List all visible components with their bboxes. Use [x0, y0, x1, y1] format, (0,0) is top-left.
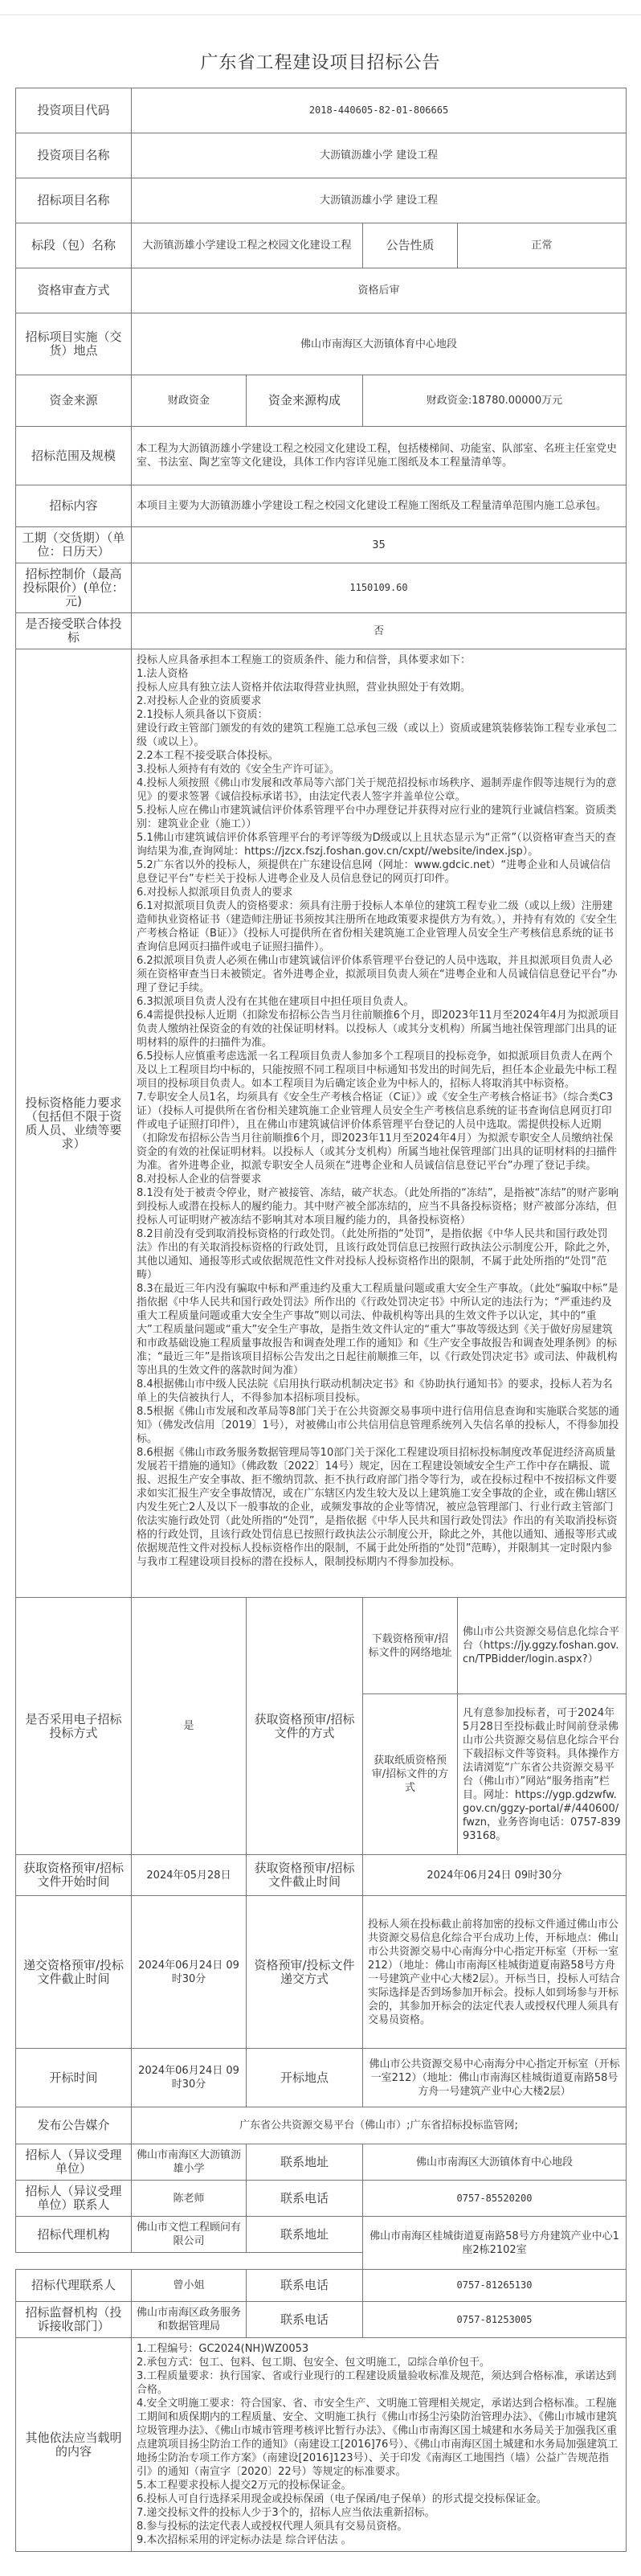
page-title: 广东省工程建设项目招标公告	[0, 49, 641, 74]
label: 资金来源构成	[247, 375, 363, 427]
spacer	[16, 2253, 363, 2270]
row-tender-project-name: 招标项目名称 大沥镇沥雄小学 建设工程	[16, 178, 627, 223]
label: 投资项目名称	[16, 133, 132, 178]
paragraph: 8.6根据《佛山市政务服务数据管理局等10部门关于深化工程建设项目招标投标制度改…	[137, 1446, 621, 1569]
paragraph: 投标人应具备承担本工程施工的资质条件、能力和信誉，具体要求如下：	[137, 653, 621, 667]
paragraph: 8.对投标人企业的信誉要求	[137, 1173, 621, 1186]
price-cap-value: 1150109.60	[132, 563, 627, 613]
row-price-cap: 招标控制价（最高投标限价）(单位：元) 1150109.60	[16, 563, 627, 613]
consortium-value: 否	[132, 613, 627, 649]
row-other: 其他依法应当载明的内容 1.工程编号：GC2024(NH)WZ0053 2.承包…	[16, 2338, 627, 2552]
media-value: 广东省公共资源交易平台（佛山市）;广东省招标投标监管网;	[132, 2107, 627, 2144]
paragraph: 5.2广东省以外的投标人，须提供在广东建设信息网（网址：www.gdcic.ne…	[137, 858, 621, 886]
paragraph: 5.1佛山市建筑诚信评价体系管理平台的考评等级为D级或以上且状态显示为“正常”（…	[137, 831, 621, 858]
label: 资金来源	[16, 375, 132, 427]
agency-address-value: 佛山市南海区桂城街道夏南路58号方舟建筑产业中心1座2栋2102室	[363, 2217, 627, 2270]
label: 资格预审/投标文件递交方式	[247, 1896, 363, 2049]
paragraph: 7.专职安全人员1名，均须具有《安全生产考核合格证（C证）》或《安全生产考核合格…	[137, 1091, 621, 1173]
funding-value: 财政资金	[132, 375, 247, 427]
paragraph: 3.工程质量要求：执行国家、省或行业现行的工程建设质量验收标准及规范，须达到合格…	[137, 2369, 621, 2397]
row-media: 发布公告媒介 广东省公共资源交易平台（佛山市）;广东省招标投标监管网;	[16, 2107, 627, 2144]
label: 招标监督机构（投诉接收部门）	[16, 2302, 132, 2338]
paragraph: 2.1投标人须具备以下资质：	[137, 708, 621, 722]
label: 是否接受联合体投标	[16, 613, 132, 649]
label: 公告性质	[363, 223, 458, 268]
agency-value: 佛山市文恺工程顾问有限公司	[132, 2217, 247, 2253]
label: 开标时间	[16, 2049, 132, 2107]
doc-start-value: 2024年05月28日	[132, 1855, 247, 1896]
label: 获取纸质资格预审/招标文件的方式	[363, 1694, 458, 1855]
label: 招标项目实施（交货）地点	[16, 313, 132, 375]
label: 下载资格预审/招标文件的网络地址	[363, 1598, 458, 1694]
opening-time-value: 2024年06月24日 09时30分	[132, 2049, 247, 2107]
content-value: 本项目主要为大沥镇沥雄小学建设工程之校园文化建设工程施工图纸及工程量清单范围内施…	[132, 485, 627, 527]
agency-phone-value: 0757-81265130	[363, 2270, 627, 2302]
row-location: 招标项目实施（交货）地点 佛山市南海区大沥镇体育中心地段	[16, 313, 627, 375]
paragraph: 4.投标人须按照《佛山市发展和改革局等六部门关于规范招投标市场秩序、遏制弄虚作假…	[137, 776, 621, 804]
paragraph: 4.安全文明施工要求：符合国家、省、市安全生产、文明施工管理相关规定，承诺达到合…	[137, 2397, 621, 2479]
paragraph: 3.投标人须持有有效的《安全生产许可证》。	[137, 763, 621, 776]
paragraph: 1.工程编号：GC2024(NH)WZ0053	[137, 2342, 621, 2356]
paragraph: 2.2本工程不接受联合体投标。	[137, 749, 621, 763]
paragraph: 6.5投标人应慎重考虑选派一名工程项目负责人参加多个工程项目的投标竞争，如拟派项…	[137, 1050, 621, 1091]
paragraph: 1.法人资格	[137, 667, 621, 681]
label: 递交资格预审/投标文件截止时间	[16, 1896, 132, 2049]
row-scope: 招标范围及规模 本工程为大沥镇沥雄小学建设工程之校园文化建设工程，包括楼梯间、功…	[16, 427, 627, 485]
row-funding: 资金来源 财政资金 资金来源构成 财政资金:18780.00000万元	[16, 375, 627, 427]
tender-project-name-value: 大沥镇沥雄小学 建设工程	[132, 178, 627, 223]
paragraph: 2.对投标人企业的资质要求	[137, 694, 621, 708]
location-value: 佛山市南海区大沥镇体育中心地段	[132, 313, 627, 375]
label: 联系电话	[247, 2181, 363, 2217]
paragraph: 6.4需提供投标人近期（扣除发布招标公告当月往前顺推6个月，即2023年11月至…	[137, 1009, 621, 1050]
paragraph: 8.3在最近三年内没有骗取中标和严重违约及重大工程质量问题或重大安全生产事故。（…	[137, 1282, 621, 1378]
label: 招标人（异议受理单位）联系人	[16, 2181, 132, 2217]
row-opening: 开标时间 2024年06月24日 09时30分 开标地点 佛山市公共资源交易中心…	[16, 2049, 627, 2107]
row-tenderer: 招标人（异议受理单位） 佛山市南海区大沥镇沥雄小学 联系地址 佛山市南海区大沥镇…	[16, 2144, 627, 2181]
tenderer-value: 佛山市南海区大沥镇沥雄小学	[132, 2144, 247, 2181]
tenderer-address-value: 佛山市南海区大沥镇体育中心地段	[363, 2144, 627, 2181]
label: 联系地址	[247, 2144, 363, 2181]
project-code-value: 2018-440605-82-01-806665	[132, 88, 627, 133]
row-tenderer-contact: 招标人（异议受理单位）联系人 陈老师 联系电话 0757-85520200	[16, 2181, 627, 2217]
label: 招标项目名称	[16, 178, 132, 223]
bottom-space	[0, 2552, 641, 2576]
paragraph: 8.2目前没有受到取消投标资格的行政处罚。（此处所指的“处罚”，是指依据《中华人…	[137, 1227, 621, 1282]
label: 联系电话	[247, 2270, 363, 2302]
label: 开标地点	[247, 2049, 363, 2107]
label: 获取资格预审/招标文件截止时间	[247, 1855, 363, 1896]
agency-contact-value: 曾小姐	[132, 2270, 247, 2302]
label: 获取资格预审/招标文件的方式	[247, 1598, 363, 1855]
paragraph: 2.承包方式：包工、包料、包工期、包安全、包文明施工，☑综合单价包干。	[137, 2356, 621, 2369]
label: 工期（交货期）（单位：日历天）	[16, 527, 132, 563]
row-agency-contact: 招标代理联系人 曾小姐 联系电话 0757-81265130	[16, 2270, 627, 2302]
row-doc-time: 获取资格预审/招标文件开始时间 2024年05月28日 获取资格预审/招标文件截…	[16, 1855, 627, 1896]
label: 标段（包）名称	[16, 223, 132, 268]
row-content: 招标内容 本项目主要为大沥镇沥雄小学建设工程之校园文化建设工程施工图纸及工程量清…	[16, 485, 627, 527]
paragraph: 5.本工程要求投标人提交2万元的投标保证金。	[137, 2479, 621, 2492]
top-bar	[0, 0, 641, 15]
label: 资格审查方式	[16, 268, 132, 313]
row-qualification-review: 资格审查方式 资格后审	[16, 268, 627, 313]
opening-place-value: 佛山市公共资源交易中心南海分中心指定开标室（开标一室212）（地址：佛山市南海区…	[363, 2049, 627, 2107]
download-address-link[interactable]: 佛山市公共资源交易信息化综合平台（https://jy.ggzy.foshan.…	[458, 1598, 627, 1694]
paragraph: 8.5根据《佛山市发展和改革局等8部门关于在公共资源交易事项中进行信用信息查询和…	[137, 1405, 621, 1446]
paragraph: 8.1没有处于被责令停业，财产被接管、冻结，破产状态。（此处所指的“冻结”，是指…	[137, 1186, 621, 1227]
supervisor-value: 佛山市南海区政务服务和数据管理局	[132, 2302, 247, 2338]
label: 获取资格预审/招标文件开始时间	[16, 1855, 132, 1896]
notice-nature-value: 正常	[458, 223, 627, 268]
label: 是否采用电子招标投标方式	[16, 1598, 132, 1855]
row-consortium: 是否接受联合体投标 否	[16, 613, 627, 649]
label: 投标资格能力要求（包括但不限于资质人员、业绩等要求）	[16, 649, 132, 1598]
doc-end-value: 2024年06月24日 09时30分	[363, 1855, 627, 1896]
row-section-name: 标段（包）名称 大沥镇沥雄小学建设工程之校园文化建设工程 公告性质 正常	[16, 223, 627, 268]
label: 招标范围及规模	[16, 427, 132, 485]
paragraph: 9.本次招标采用的评定标办法是 综合评估法 。	[137, 2533, 621, 2547]
label: 联系电话	[247, 2302, 363, 2338]
paper-method-value: 凡有意参加投标者，可于2024年5月28日至投标截止时间前登录佛山市公共资源交易…	[458, 1694, 627, 1855]
tenderer-phone-value: 0757-85520200	[363, 2181, 627, 2217]
row-project-code: 投资项目代码 2018-440605-82-01-806665	[16, 88, 627, 133]
scope-value: 本工程为大沥镇沥雄小学建设工程之校园文化建设工程，包括楼梯间、功能室、队部室、名…	[132, 427, 627, 485]
paragraph: 建设行政主管部门颁发的有效的建筑工程施工总承包三级（或以上）资质或建筑装修装饰工…	[137, 722, 621, 749]
row-submission: 递交资格预审/投标文件截止时间 2024年06月24日 09时30分 资格预审/…	[16, 1896, 627, 2049]
paragraph: 6.投标人可自行选择采用现金或投标保函（电子保函/电子保单）的形式提交投标保证金…	[137, 2492, 621, 2506]
label: 发布公告媒介	[16, 2107, 132, 2144]
row-duration: 工期（交货期）（单位：日历天） 35	[16, 527, 627, 563]
supervisor-phone-value: 0757-81253005	[363, 2302, 627, 2338]
label: 招标控制价（最高投标限价）(单位：元)	[16, 563, 132, 613]
other-content: 1.工程编号：GC2024(NH)WZ0053 2.承包方式：包工、包料、包工期…	[132, 2338, 627, 2552]
label: 投资项目代码	[16, 88, 132, 133]
label: 招标内容	[16, 485, 132, 527]
duration-value: 35	[132, 527, 627, 563]
paragraph: 投标人应具有独立法人资格并依法取得营业执照，营业执照处于有效期。	[137, 681, 621, 694]
row-qualification: 投标资格能力要求（包括但不限于资质人员、业绩等要求） 投标人应具备承担本工程施工…	[16, 649, 627, 1598]
submission-method-value: 投标人须在投标截止前将加密的投标文件通过佛山市公共资源交易信息化综合平台成功上传…	[363, 1896, 627, 2049]
project-name-value: 大沥镇沥雄小学 建设工程	[132, 133, 627, 178]
label: 招标代理机构	[16, 2217, 132, 2253]
label: 招标代理联系人	[16, 2270, 132, 2302]
funding-composition-value: 财政资金:18780.00000万元	[363, 375, 627, 427]
label: 招标人（异议受理单位）	[16, 2144, 132, 2181]
label: 其他依法应当载明的内容	[16, 2338, 132, 2552]
paragraph: 6.1对拟派项目负责人的资格要求：须具有注册于投标人本单位的建筑工程专业二级（或…	[137, 899, 621, 954]
paragraph: 7.递交投标文件的投标人少于3个的，招标人应当依法重新招标。	[137, 2506, 621, 2520]
row-supervisor: 招标监督机构（投诉接收部门） 佛山市南海区政务服务和数据管理局 联系电话 075…	[16, 2302, 627, 2338]
tender-notice-table: 投资项目代码 2018-440605-82-01-806665 投资项目名称 大…	[15, 88, 627, 2552]
qualification-review-value: 资格后审	[132, 268, 627, 313]
electronic-value: 是	[132, 1598, 247, 1855]
paragraph: 8.4根据佛山市中级人民法院《启用执行联动机制决定书》和《协助执行通知书》的要求…	[137, 1378, 621, 1405]
paragraph: 5.投标人应在佛山市建筑诚信评价体系管理平台中办理登记并获得对应行业的建筑行业诚…	[137, 804, 621, 831]
qualification-requirements: 投标人应具备承担本工程施工的资质条件、能力和信誉，具体要求如下： 1.法人资格 …	[132, 649, 627, 1598]
paragraph: 8.参与投标的法定代表人或授权代理人须具有交易员资格。	[137, 2520, 621, 2533]
label: 联系地址	[247, 2217, 363, 2253]
submission-deadline-value: 2024年06月24日 09时30分	[132, 1896, 247, 2049]
row-electronic-download: 是否采用电子招标投标方式 是 获取资格预审/招标文件的方式 下载资格预审/招标文…	[16, 1598, 627, 1694]
paragraph: 6.2拟派项目负责人必须在佛山市建筑诚信评价体系管理平台登记的人员中选取，并且拟…	[137, 954, 621, 995]
row-project-name: 投资项目名称 大沥镇沥雄小学 建设工程	[16, 133, 627, 178]
row-agency: 招标代理机构 佛山市文恺工程顾问有限公司 联系地址 佛山市南海区桂城街道夏南路5…	[16, 2217, 627, 2253]
paragraph: 6.对投标人拟派项目负责人的要求	[137, 886, 621, 899]
tenderer-contact-value: 陈老师	[132, 2181, 247, 2217]
paragraph: 6.3拟派项目负责人没有在其他在建项目中担任项目负责人。	[137, 995, 621, 1009]
section-name-value: 大沥镇沥雄小学建设工程之校园文化建设工程	[132, 223, 363, 268]
